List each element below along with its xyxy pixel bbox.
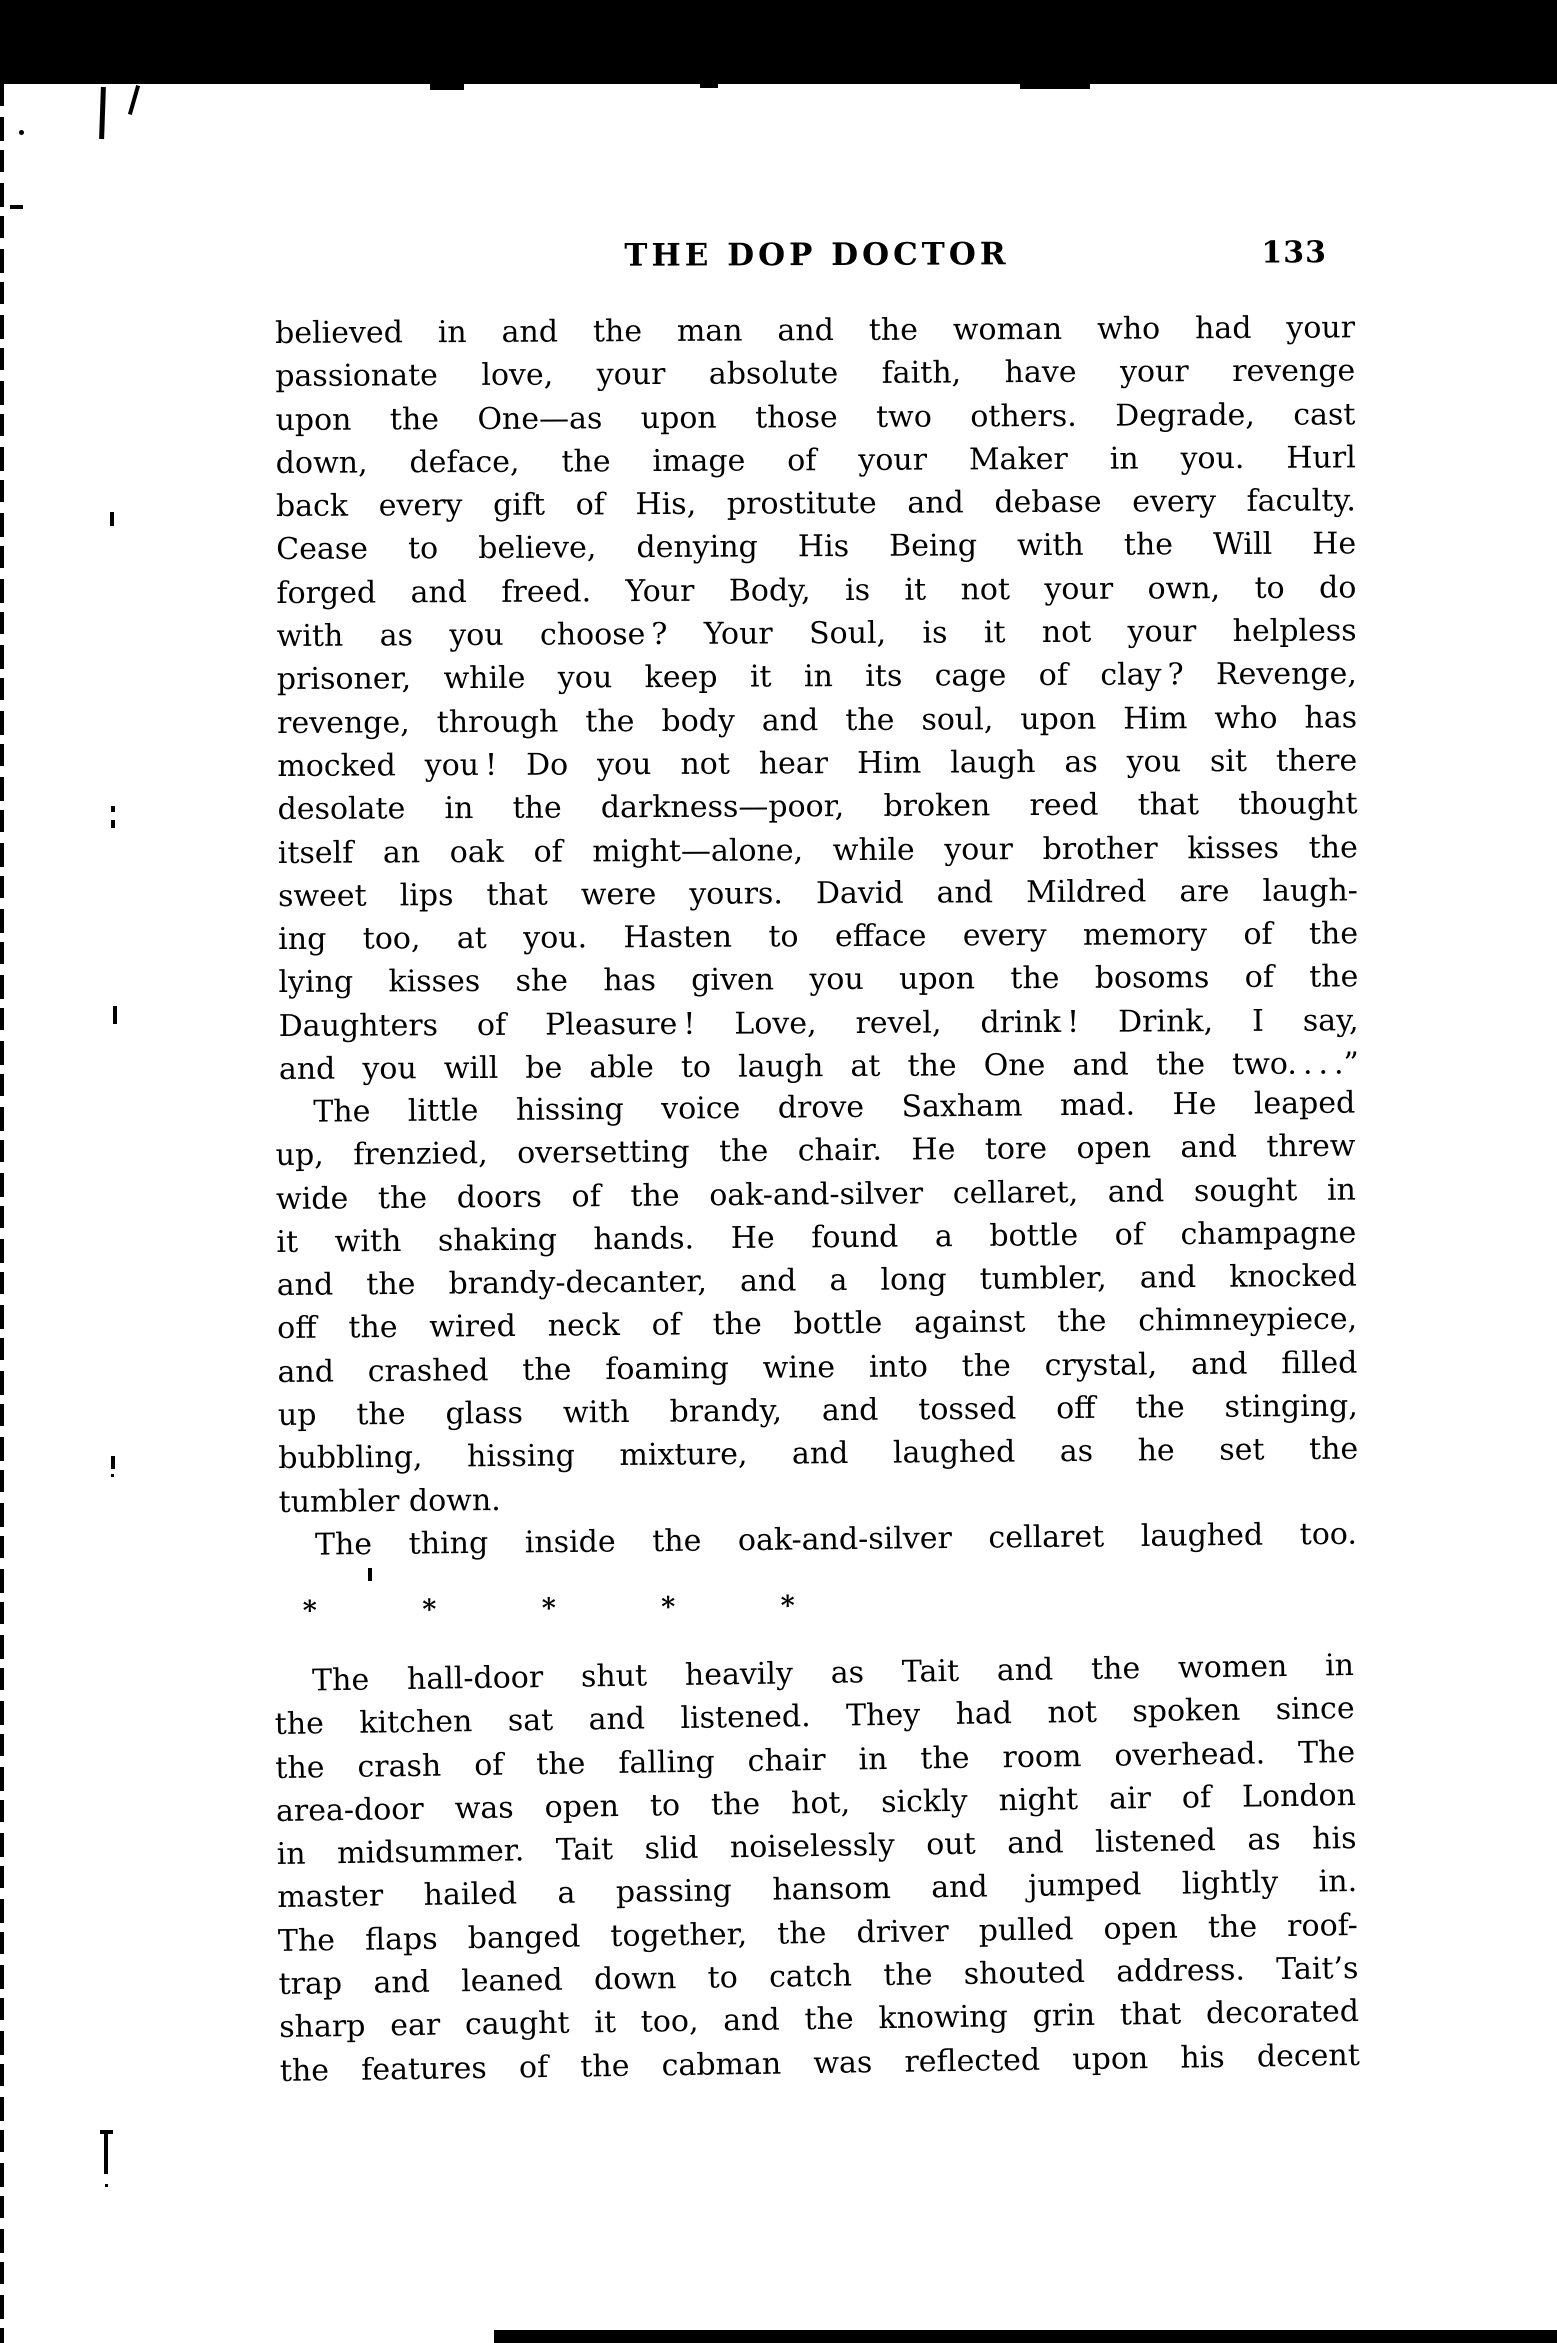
word: and <box>588 1697 645 1741</box>
word: of <box>1115 1214 1145 1258</box>
word: there <box>1276 739 1357 783</box>
text-line: desolateinthedarkness—poor,brokenreedtha… <box>277 783 1357 832</box>
word: the <box>561 440 610 484</box>
word: kisses <box>388 960 480 1004</box>
word: caught <box>465 2002 570 2047</box>
word: you ! <box>425 744 498 788</box>
word: grin <box>1032 1994 1095 2038</box>
word: the <box>378 1177 428 1221</box>
word: roof- <box>1287 1903 1358 1947</box>
text-line: backeverygiftofHis,prostituteanddebaseev… <box>276 480 1356 529</box>
word: into <box>869 1345 928 1389</box>
word: Your <box>704 612 773 656</box>
word: in <box>1110 437 1139 480</box>
word: room <box>1002 1734 1082 1778</box>
word: Saxham <box>901 1085 1022 1129</box>
word: flaps <box>365 1917 438 1961</box>
word: night <box>998 1778 1078 1822</box>
word: and <box>907 482 964 526</box>
word: of <box>533 830 562 873</box>
word: the <box>1010 957 1059 1001</box>
word: lips <box>400 874 454 918</box>
word: and <box>740 1260 797 1304</box>
word: heavily <box>685 1652 794 1697</box>
asterisk: * <box>303 1595 317 1626</box>
word: since <box>1275 1687 1355 1731</box>
word: the <box>845 698 894 742</box>
word: open <box>544 1784 619 1828</box>
word: The <box>312 1658 370 1702</box>
word: They <box>846 1693 921 1737</box>
word: features <box>361 2046 487 2091</box>
asterisk: * <box>781 1590 795 1621</box>
word: the <box>1124 524 1173 568</box>
scan-top-black-band <box>0 0 1557 84</box>
scan-band-ragged-edge <box>1020 84 1090 89</box>
word: too, <box>640 2000 698 2044</box>
word: of <box>519 2045 549 2089</box>
scan-artifact-margin-mark <box>105 2184 108 2187</box>
word: the <box>711 1782 761 1826</box>
word: address. <box>1116 1948 1245 1993</box>
word: to <box>681 1046 711 1089</box>
word: The <box>313 1091 370 1135</box>
word: passing <box>616 1869 733 1914</box>
word: hissing <box>516 1088 624 1132</box>
text-line: upontheOne—asuponthosetwoothers.Degrade,… <box>275 393 1355 442</box>
word: of <box>576 483 605 526</box>
word: the <box>1309 912 1358 956</box>
word: itself <box>278 831 354 875</box>
word: in <box>276 1832 306 1876</box>
word: to <box>650 1784 681 1828</box>
word: she <box>515 960 568 1004</box>
word: the <box>630 1174 680 1218</box>
word: with <box>1017 524 1084 568</box>
scan-artifact-margin-mark <box>104 2132 108 2174</box>
word: of <box>477 1004 506 1047</box>
word: Being <box>889 525 977 569</box>
word: He <box>911 1129 955 1173</box>
scan-band-ragged-edge <box>700 84 718 88</box>
word: Tait <box>902 1649 960 1693</box>
word: wide <box>276 1177 349 1221</box>
word: pulled <box>978 1908 1073 1953</box>
body-text: believedinandthemanandthewomanwhohadyour… <box>277 312 1357 2093</box>
word: threw <box>1266 1125 1356 1169</box>
word: he <box>1137 1430 1174 1474</box>
word: and <box>931 1866 988 1910</box>
word: Daughters <box>279 1004 439 1048</box>
word: Degrade, <box>1115 393 1255 437</box>
word: neck <box>548 1305 620 1349</box>
word: broken <box>883 785 990 829</box>
word: spoken <box>1132 1689 1241 1734</box>
word: and <box>936 871 993 915</box>
word: hall-door <box>407 1656 544 1701</box>
word: Drink, <box>1118 1000 1213 1044</box>
word: sharp <box>279 2005 366 2050</box>
word: Will <box>1213 523 1272 567</box>
word: wine <box>763 1346 836 1390</box>
word: His, <box>635 483 696 527</box>
word: clay ? <box>1100 654 1184 698</box>
word: prostitute <box>727 482 877 526</box>
word: a <box>829 1260 847 1303</box>
word: down <box>594 1957 677 2002</box>
word: against <box>914 1301 1026 1345</box>
word: able <box>589 1046 654 1090</box>
word: will <box>444 1047 499 1091</box>
word: He <box>1172 1083 1216 1127</box>
word: One <box>984 1044 1046 1088</box>
word: at <box>457 917 487 960</box>
word: at <box>850 1045 880 1088</box>
word: the <box>348 1307 398 1351</box>
word: given <box>691 959 774 1003</box>
word: was <box>454 1786 514 1830</box>
word: laughed <box>1141 1514 1264 1559</box>
word: yours. <box>689 872 783 916</box>
word: thought <box>1238 783 1358 827</box>
word: and <box>1072 1044 1129 1088</box>
word: and <box>1180 1126 1237 1170</box>
word: you <box>362 1047 417 1091</box>
word: the <box>593 310 642 354</box>
word: and <box>277 1351 334 1395</box>
word: believe, <box>478 527 596 571</box>
word: soul, <box>921 698 993 742</box>
word: the <box>962 1345 1012 1389</box>
word: debase <box>994 481 1101 525</box>
word: those <box>755 396 838 440</box>
word: through <box>437 700 559 744</box>
word: the <box>366 1263 416 1307</box>
text-line: Ceasetobelieve,denyingHisBeingwiththeWil… <box>276 523 1356 572</box>
word: trap <box>278 1962 342 2006</box>
word: London <box>1242 1773 1357 1818</box>
word: has <box>1304 696 1357 740</box>
word: to <box>768 915 798 958</box>
paragraph: believedinandthemanandthewomanwhohadyour… <box>275 306 1359 1091</box>
word: you <box>558 657 613 701</box>
text-line: mockedyou !DoyounothearHimlaughasyousitt… <box>277 739 1357 788</box>
word: do <box>1319 566 1356 609</box>
word: freed. <box>501 570 591 614</box>
word: be <box>525 1047 562 1090</box>
word: the <box>652 1520 702 1564</box>
word: hansom <box>772 1867 891 1912</box>
word: it <box>276 1221 298 1264</box>
text-line: down,deface,theimageofyourMakerinyou.Hur… <box>276 436 1356 485</box>
word: Tait’s <box>1276 1947 1359 1992</box>
word: the <box>907 1044 956 1088</box>
book-page-scan: THE DOP DOCTOR 133 believedinandthemanan… <box>0 0 1557 2343</box>
word: banged <box>467 1915 580 1960</box>
word: sought <box>1194 1169 1298 1213</box>
word: woman <box>953 308 1063 352</box>
scan-artifact-margin-tick <box>110 512 114 526</box>
word: with <box>335 1220 402 1264</box>
scan-artifact-speck <box>19 130 24 135</box>
word: stinging, <box>1224 1385 1358 1429</box>
word: and <box>822 1389 879 1433</box>
word: your <box>1286 306 1355 350</box>
asterisk: * <box>542 1593 556 1624</box>
word: desolate <box>277 788 405 832</box>
word: of <box>651 1304 681 1348</box>
word: the <box>1309 826 1358 870</box>
scan-artifact-speck <box>10 205 23 209</box>
word: the <box>883 1953 933 1997</box>
word: glass <box>445 1392 523 1436</box>
word: laughed <box>893 1431 1016 1475</box>
word: Do <box>526 743 568 787</box>
word: in. <box>1318 1860 1357 1904</box>
word: champagne <box>1180 1212 1356 1257</box>
word: brandy-decanter, <box>448 1261 707 1307</box>
word: too, <box>363 917 421 961</box>
scan-artifact-pen-stroke <box>99 87 106 139</box>
word: who <box>1214 696 1277 740</box>
word: drink ! <box>980 1001 1079 1045</box>
word: it <box>984 611 1006 654</box>
word: hailed <box>423 1873 517 1918</box>
word: open <box>1076 1127 1151 1171</box>
word: and <box>723 1999 780 2043</box>
word: crash <box>357 1744 441 1789</box>
word: of <box>1245 956 1274 999</box>
word: as <box>1247 1818 1281 1862</box>
word: not <box>680 743 730 787</box>
word: Body, <box>729 569 811 613</box>
word: oak-and-silver <box>709 1172 923 1217</box>
word: bosoms <box>1095 957 1210 1001</box>
word: chimneypiece, <box>1138 1298 1357 1343</box>
word: the <box>719 1130 769 1174</box>
word: are <box>1179 870 1229 914</box>
word: Tait <box>556 1828 614 1872</box>
word: mixture, <box>619 1434 747 1478</box>
asterisk: * <box>661 1591 675 1622</box>
word: open <box>1103 1906 1178 1950</box>
word: choose ? <box>540 613 668 657</box>
word: forged <box>276 571 376 615</box>
word: the <box>1091 1647 1141 1691</box>
word: denying <box>636 526 758 570</box>
word: I <box>1252 1000 1264 1043</box>
word: up <box>278 1394 317 1438</box>
word: drove <box>778 1086 865 1130</box>
word: body <box>661 699 735 743</box>
paragraph: Thehall-doorshutheavilyasTaitandthewomen… <box>274 1644 1360 2093</box>
word: Mildred <box>1026 870 1147 914</box>
word: Revenge, <box>1216 653 1357 697</box>
word: the <box>1309 956 1358 1000</box>
word: a <box>935 1215 953 1258</box>
word: the <box>585 700 634 744</box>
word: bottle <box>793 1303 882 1347</box>
word: with <box>277 615 344 659</box>
text-line: withasyouchoose ?YourSoul,isitnotyourhel… <box>277 609 1357 658</box>
word: Cease <box>276 528 368 572</box>
word: the <box>1309 1428 1359 1472</box>
scan-left-edge-strip <box>0 84 4 2343</box>
word: prisoner, <box>277 658 411 702</box>
word: every <box>379 484 463 528</box>
word: gift <box>493 484 545 528</box>
word: leaned <box>461 1958 563 2003</box>
word: The <box>278 1919 336 1963</box>
text-line: ingtoo,atyou.Hastentoeffaceeverymemoryof… <box>278 912 1358 961</box>
word: out <box>926 1822 976 1866</box>
word: Maker <box>969 438 1068 482</box>
word: had <box>1195 307 1252 351</box>
word: every <box>1132 480 1216 524</box>
word: your <box>597 353 666 397</box>
word: efface <box>835 915 927 959</box>
word: your <box>1044 567 1113 611</box>
word: decent <box>1257 2033 1361 2078</box>
word: shaking <box>438 1219 557 1263</box>
word: together, <box>610 1912 747 1957</box>
scan-artifact-margin-tick <box>111 820 115 828</box>
word: to <box>408 528 438 571</box>
word: little <box>408 1090 479 1134</box>
word: set <box>1219 1429 1265 1473</box>
word: an <box>383 831 420 874</box>
word: air <box>1109 1777 1151 1821</box>
word: knowing <box>878 1995 1008 2040</box>
word: believed <box>275 311 403 355</box>
word: Hasten <box>623 916 732 960</box>
word: ing <box>278 918 326 962</box>
word: the <box>274 1702 324 1746</box>
word: revel, <box>855 1001 941 1045</box>
word: you <box>809 958 864 1002</box>
word: darkness—poor, <box>601 785 845 830</box>
word: cabman <box>661 2042 781 2087</box>
page-content: THE DOP DOCTOR 133 believedinandthemanan… <box>277 237 1357 2093</box>
word: faculty. <box>1247 480 1356 524</box>
word: not <box>1042 611 1092 655</box>
word: say, <box>1303 999 1359 1043</box>
word: the <box>1208 1905 1258 1949</box>
word: you. <box>523 917 587 961</box>
word: midsummer. <box>337 1829 525 1875</box>
word: lying <box>278 961 353 1005</box>
word: man <box>677 310 743 354</box>
word: two <box>876 395 932 439</box>
word: filled <box>1281 1342 1358 1386</box>
word: laugh- <box>1262 869 1358 913</box>
word: laugh <box>738 1045 824 1089</box>
word: oversetting <box>517 1131 690 1176</box>
word: master <box>277 1875 384 1920</box>
word: hear <box>759 742 829 786</box>
word: the <box>1156 1043 1205 1087</box>
word: the <box>712 1304 762 1348</box>
word: you <box>597 743 652 787</box>
word: as <box>830 1651 864 1695</box>
word: crystal, <box>1044 1343 1157 1387</box>
word: The <box>1298 1730 1356 1774</box>
word: thing <box>408 1522 488 1566</box>
word: in <box>804 655 833 698</box>
word: your <box>1128 610 1197 654</box>
word: upon <box>1072 2036 1149 2080</box>
word: of <box>1182 1776 1212 1820</box>
word: listened. <box>680 1695 811 1740</box>
word: that <box>1120 1993 1182 2037</box>
word: cellaret, <box>953 1171 1079 1215</box>
word: cast <box>1293 393 1355 437</box>
word: crashed <box>368 1349 489 1393</box>
word: found <box>811 1216 898 1260</box>
word: Soul, <box>809 612 886 656</box>
word: were <box>581 873 657 917</box>
word: tumbler, <box>980 1257 1107 1301</box>
word: One—as <box>477 397 602 441</box>
word: women <box>1178 1645 1288 1690</box>
word: Pleasure ! <box>545 1003 696 1047</box>
word: hissing <box>467 1435 575 1479</box>
word: in <box>1325 1644 1355 1688</box>
word: doors <box>457 1176 542 1220</box>
word: deface, <box>409 441 519 485</box>
word: sweet <box>278 874 367 918</box>
text-line: believedinandthemanandthewomanwhohadyour <box>275 306 1355 355</box>
word: tore <box>985 1128 1048 1172</box>
word: the <box>777 1911 827 1955</box>
word: sickly <box>881 1779 968 1824</box>
scan-bottom-black-bar <box>494 2330 1557 2343</box>
text-line: lyingkissesshehasgivenyouuponthebosomsof… <box>278 956 1358 1005</box>
word: his <box>1312 1817 1357 1861</box>
word: frenzied, <box>353 1133 488 1177</box>
word: the <box>869 309 918 353</box>
word: upon <box>641 396 717 440</box>
word: memory <box>1083 913 1207 957</box>
paragraph: ThelittlehissingvoicedroveSaxhammad.Hele… <box>275 1082 1359 1524</box>
word: voice <box>661 1087 741 1131</box>
word: cellaret <box>988 1516 1104 1561</box>
word: and <box>501 311 558 355</box>
text-line: itselfanoakofmight—alone,whileyourbrothe… <box>278 826 1358 875</box>
text-line: sweetlipsthatwereyours.DavidandMildredar… <box>278 869 1358 918</box>
page-number: 133 <box>1261 235 1327 270</box>
word: its <box>865 655 902 698</box>
word: upon <box>275 398 351 442</box>
word: image <box>652 439 745 483</box>
word: reflected <box>904 2038 1040 2083</box>
word: kitchen <box>359 1700 473 1745</box>
word: upon <box>1020 697 1096 741</box>
text-line: forgedandfreed.YourBody,isitnotyourown,t… <box>276 566 1356 615</box>
word: in <box>444 787 473 830</box>
word: mocked <box>277 744 396 788</box>
word: noiselessly <box>730 1824 895 1870</box>
word: is <box>845 569 870 612</box>
word: off <box>1056 1387 1096 1431</box>
word: others. <box>970 394 1077 438</box>
word: of <box>571 1175 601 1219</box>
word: to <box>707 1956 738 2000</box>
word: His <box>798 525 849 569</box>
word: have <box>1005 351 1077 395</box>
word: passionate <box>275 354 438 398</box>
word: foaming <box>605 1347 729 1391</box>
